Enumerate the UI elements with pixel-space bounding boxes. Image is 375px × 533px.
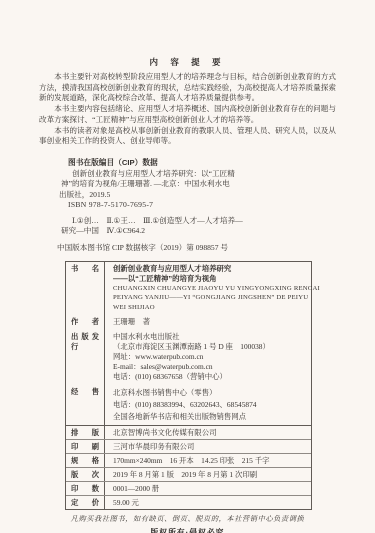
cip-classification-line: 研究—中国 Ⅳ.①C964.2 — [61, 226, 375, 236]
row-label: 印刷 — [66, 440, 105, 453]
publisher-address: （北京市海淀区玉渊潭南路 1 号 D 座 100038） — [113, 342, 307, 352]
table-row-distributor: 经售 北京科水图书销售中心（零售） 电话：(010) 88383994、6320… — [66, 384, 311, 425]
row-value: 北京科水图书销售中心（零售） 电话：(010) 88383994、6320264… — [105, 384, 311, 425]
price-value: 59.00 元 — [113, 498, 307, 508]
summary-paragraph: 本书的读者对象是高校从事创新创业教育的教职人员、管理人员、研究人员，以及从事创业… — [39, 126, 336, 147]
cip-description-line: 出版社，2019.5 — [59, 190, 375, 200]
row-value: 北京智博尚书文化传媒有限公司 — [105, 426, 311, 439]
row-label: 定价 — [66, 496, 105, 509]
summary-paragraph: 本书主要针对高校转型阶段应用型人才的培养理念与目标，结合创新创业教育的方式方法，… — [39, 72, 336, 104]
row-label: 版次 — [66, 468, 105, 481]
row-label: 作者 — [66, 314, 105, 329]
typesetting-company: 北京智博尚书文化传媒有限公司 — [113, 428, 307, 438]
table-row-format: 规格 170mm×240mm 16 开本 14.25 印张 215 千字 — [66, 453, 311, 467]
publisher-phone: 电话：(010) 68367658（营销中心） — [113, 372, 307, 382]
summary-block: 本书主要针对高校转型阶段应用型人才的培养理念与目标，结合创新创业教育的方式方法，… — [39, 72, 336, 147]
book-pinyin-line: PEIYANG YANJIU——YI “GONGJIANG JINGSHEN” … — [113, 293, 320, 302]
table-row-publisher: 出版发行 中国水利水电出版社 （北京市海淀区玉渊潭南路 1 号 D 座 1000… — [66, 329, 311, 384]
colophon-table: 书名 创新创业教育与应用型人才培养研究 ——以“工匠精神”的培育为视角 CHUA… — [65, 261, 312, 511]
cip-classification-line: Ⅰ.①创… Ⅱ.①王… Ⅲ.①创造型人才—人才培养— — [72, 216, 375, 226]
row-value: 中国水利水电出版社 （北京市海淀区玉渊潭南路 1 号 D 座 100038） 网… — [105, 329, 311, 384]
replacement-notice: 凡购买我社图书，如有缺页、倒页、脱页的，本社营销中心负责调换 — [0, 514, 375, 524]
distributor-phone: 电话：(010) 88383994、63202643、68545874 — [113, 399, 307, 411]
row-value: 2019 年 8 月第 1 版 2019 年 8 月第 1 次印刷 — [105, 468, 311, 481]
author-name: 王珊珊 著 — [113, 317, 307, 327]
row-value: 0001—2000 册 — [105, 482, 311, 495]
printing-company: 三河市华晨印务有限公司 — [113, 442, 307, 452]
copyright-page: 内 容 提 要 本书主要针对高校转型阶段应用型人才的培养理念与目标，结合创新创业… — [0, 0, 375, 533]
table-row-edition: 版次 2019 年 8 月第 1 版 2019 年 8 月第 1 次印刷 — [66, 467, 311, 481]
row-label: 书名 — [66, 262, 105, 315]
row-label: 排版 — [66, 426, 105, 439]
distributor-name: 北京科水图书销售中心（零售） — [113, 387, 307, 399]
publisher-website: 网址：www.waterpub.com.cn — [113, 352, 307, 362]
publisher-name: 中国水利水电出版社 — [113, 332, 307, 342]
format-spec: 170mm×240mm 16 开本 14.25 印张 215 千字 — [113, 456, 307, 466]
book-title-line: 创新创业教育与应用型人才培养研究 — [113, 264, 320, 274]
cip-description-line: 神”的培育为视角/王珊珊著. —北京：中国水利水电 — [61, 179, 375, 189]
publisher-email: E-mail：sales@waterpub.com.cn — [113, 362, 307, 372]
row-label: 经售 — [66, 384, 105, 425]
table-row-printing: 印刷 三河市华晨印务有限公司 — [66, 439, 311, 453]
summary-title: 内 容 提 要 — [0, 0, 375, 68]
row-value: 三河市华晨印务有限公司 — [105, 440, 311, 453]
table-row-author: 作者 王珊珊 著 — [66, 314, 311, 329]
table-row-price: 定价 59.00 元 — [66, 495, 311, 509]
row-label: 印数 — [66, 482, 105, 495]
book-subtitle-line: ——以“工匠精神”的培育为视角 — [113, 274, 320, 284]
row-value: 王珊珊 著 — [105, 314, 311, 329]
table-row-print-run: 印数 0001—2000 册 — [66, 481, 311, 495]
cip-block: 图书在版编目（CIP）数据 创新创业教育与应用型人才培养研究：以“工匠精 神”的… — [57, 158, 375, 254]
print-run-count: 0001—2000 册 — [113, 484, 307, 494]
edition-info: 2019 年 8 月第 1 版 2019 年 8 月第 1 次印刷 — [113, 470, 307, 480]
cip-record-number: 中国版本图书馆 CIP 数据核字（2019）第 098857 号 — [57, 243, 375, 253]
summary-paragraph: 本书主要内容包括绪论、应用型人才培养概述、国内高校创新创业教育存在的问题与改革方… — [39, 104, 336, 125]
cip-isbn: ISBN 978-7-5170-7695-7 — [68, 200, 375, 210]
row-value: 170mm×240mm 16 开本 14.25 印张 215 千字 — [105, 454, 311, 467]
book-pinyin-line: CHUANGXIN CHUANGYE JIAOYU YU YINGYONGXIN… — [113, 284, 320, 293]
row-label: 出版发行 — [66, 329, 105, 384]
cip-description-line: 创新创业教育与应用型人才培养研究：以“工匠精 — [72, 169, 375, 179]
row-value: 创新创业教育与应用型人才培养研究 ——以“工匠精神”的培育为视角 CHUANGX… — [105, 262, 324, 315]
copyright-notice: 版权所有·侵权必究 — [0, 527, 375, 533]
table-row-typesetting: 排版 北京智博尚书文化传媒有限公司 — [66, 425, 311, 439]
table-row-book-title: 书名 创新创业教育与应用型人才培养研究 ——以“工匠精神”的培育为视角 CHUA… — [66, 262, 311, 315]
distributor-note: 全国各地新华书店和相关出版物销售网点 — [113, 411, 307, 423]
book-pinyin-line: WEI SHIJIAO — [113, 303, 320, 312]
row-value: 59.00 元 — [105, 496, 311, 509]
cip-heading: 图书在版编目（CIP）数据 — [68, 158, 375, 168]
row-label: 规格 — [66, 454, 105, 467]
